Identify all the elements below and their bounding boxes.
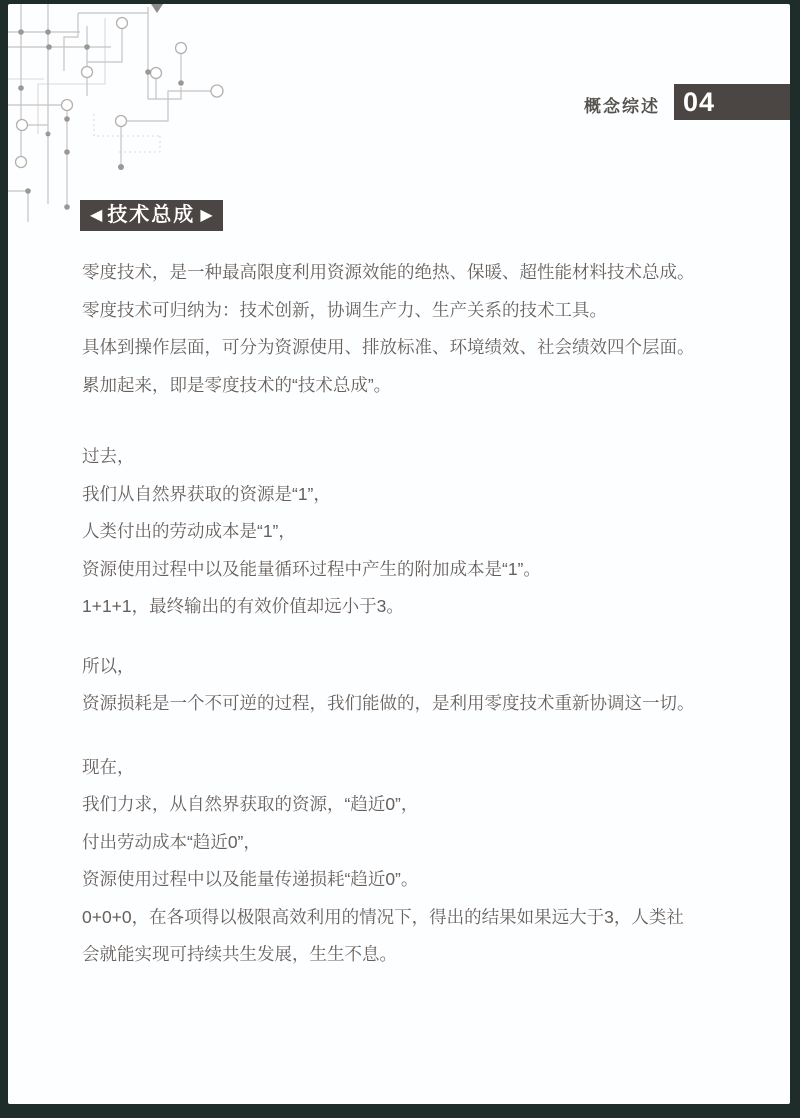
text-line: 现在， [82,749,738,787]
text-line: 资源使用过程中以及能量传递损耗“趋近0”。 [82,861,738,899]
page-number-badge: 04 [674,84,790,120]
text-line: 我们从自然界获取的资源是“1”， [82,476,738,514]
text-line: 1+1+1，最终输出的有效价值却远小于3。 [82,588,738,626]
text-line: 会就能实现可持续共生发展，生生不息。 [82,936,738,974]
section-title-box: ◀ 技术总成 ▶ [80,200,223,231]
text-line: 具体到操作层面，可分为资源使用、排放标准、环境绩效、社会绩效四个层面。 [82,329,738,367]
header-section-label: 概念综述 [584,96,660,118]
text-line: 过去， [82,438,738,476]
paragraph-overview: 零度技术，是一种最高限度利用资源效能的绝热、保暖、超性能材料技术总成。 零度技术… [82,254,738,404]
text-line: 0+0+0，在各项得以极限高效利用的情况下，得出的结果如果远大于3，人类社 [82,899,738,937]
text-line: 零度技术可归纳为：技术创新，协调生产力、生产关系的技术工具。 [82,292,738,330]
paragraph-conclusion: 所以， 资源损耗是一个不可逆的过程，我们能做的，是利用零度技术重新协调这一切。 [82,648,738,723]
paragraph-present: 现在， 我们力求，从自然界获取的资源，“趋近0”， 付出劳动成本“趋近0”， 资… [82,749,738,974]
text-line: 零度技术，是一种最高限度利用资源效能的绝热、保暖、超性能材料技术总成。 [82,254,738,292]
body-text: 零度技术，是一种最高限度利用资源效能的绝热、保暖、超性能材料技术总成。 零度技术… [82,254,738,974]
text-line: 资源使用过程中以及能量循环过程中产生的附加成本是“1”。 [82,551,738,589]
right-triangle-icon: ▶ [200,200,212,231]
text-line: 资源损耗是一个不可逆的过程，我们能做的，是利用零度技术重新协调这一切。 [82,685,738,723]
left-triangle-icon: ◀ [90,200,102,231]
text-line: 累加起来，即是零度技术的“技术总成”。 [82,367,738,405]
page-header: 概念综述 04 [8,4,790,124]
text-line: 人类付出的劳动成本是“1”， [82,513,738,551]
text-line: 所以， [82,648,738,686]
document-page: 概念综述 04 ◀ 技术总成 ▶ 零度技术，是一种最高限度利用资源效能的绝热、保… [8,4,790,1104]
paragraph-past: 过去， 我们从自然界获取的资源是“1”， 人类付出的劳动成本是“1”， 资源使用… [82,438,738,626]
text-line: 付出劳动成本“趋近0”， [82,824,738,862]
section-title-label: 技术总成 [107,200,195,231]
page-number: 04 [674,84,715,120]
text-line: 我们力求，从自然界获取的资源，“趋近0”， [82,786,738,824]
